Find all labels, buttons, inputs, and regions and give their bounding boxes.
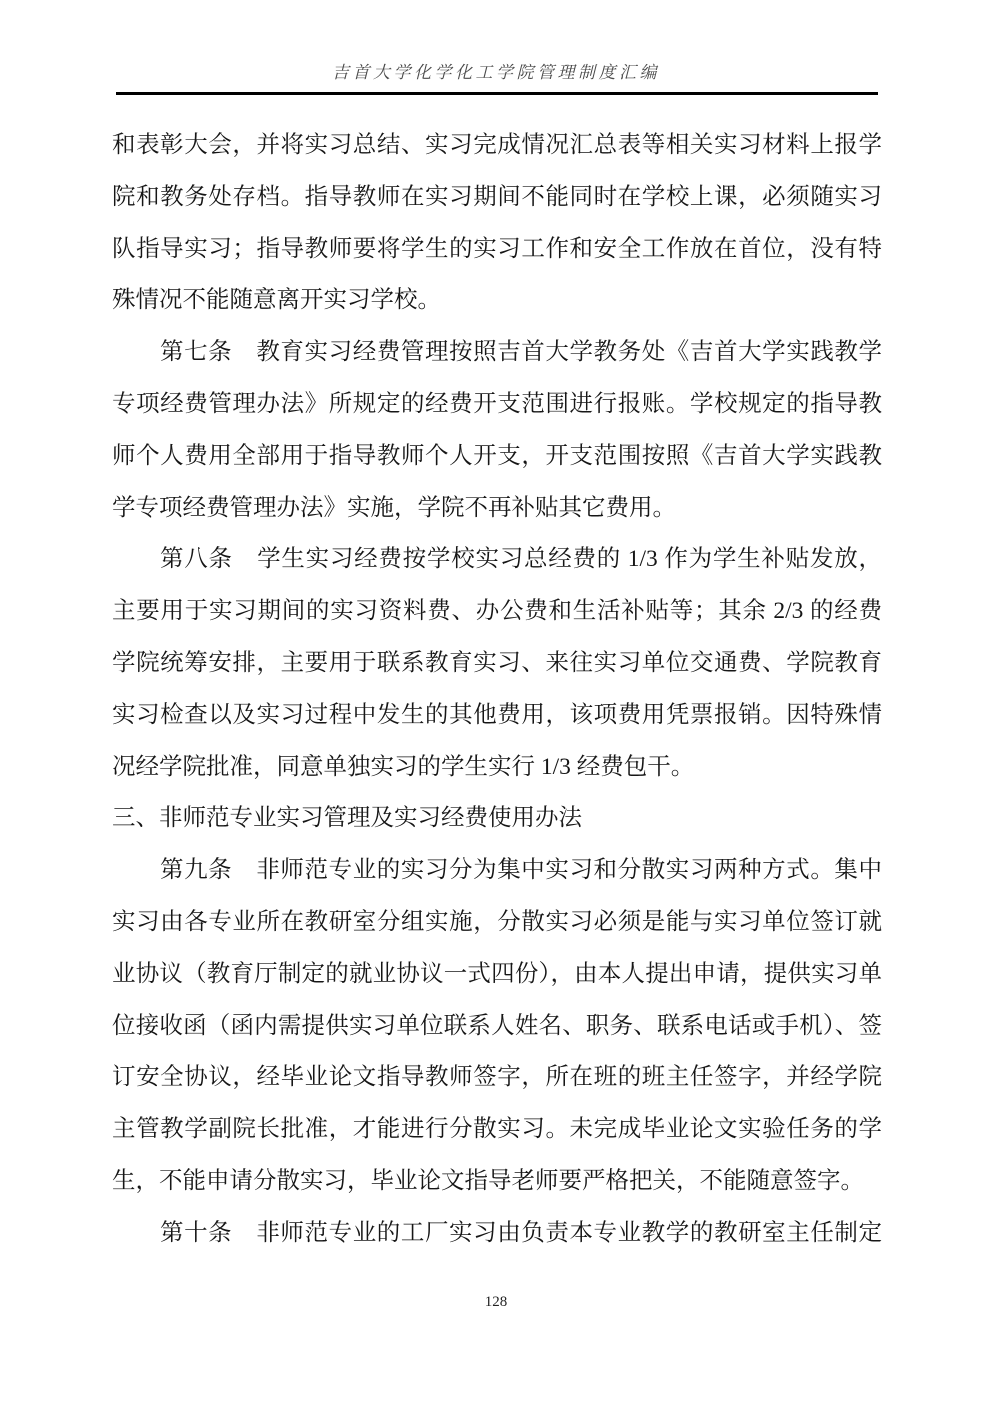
text-line: 第十条 非师范专业的工厂实习由负责本专业教学的教研室主任制定	[112, 1208, 882, 1260]
text-line: 专项经费管理办法》所规定的经费开支范围进行报账。学校规定的指导教	[112, 379, 882, 431]
document-body: 和表彰大会，并将实习总结、实习完成情况汇总表等相关实习材料上报学 院和教务处存档…	[112, 120, 882, 1260]
text-line: 位接收函（函内需提供实习单位联系人姓名、职务、联系电话或手机）、签	[112, 1001, 882, 1053]
text-line: 第八条 学生实习经费按学校实习总经费的 1/3 作为学生补贴发放，	[112, 534, 882, 586]
text-line: 和表彰大会，并将实习总结、实习完成情况汇总表等相关实习材料上报学	[112, 120, 882, 172]
text-line: 第七条 教育实习经费管理按照吉首大学教务处《吉首大学实践教学	[112, 327, 882, 379]
text-line: 实习由各专业所在教研室分组实施，分散实习必须是能与实习单位签订就	[112, 897, 882, 949]
page-number: 128	[0, 1294, 992, 1311]
text-line: 院和教务处存档。指导教师在实习期间不能同时在学校上课，必须随实习	[112, 172, 882, 224]
text-line: 订安全协议，经毕业论文指导教师签字，所在班的班主任签字，并经学院	[112, 1052, 882, 1104]
page-header-title: 吉首大学化学化工学院管理制度汇编	[0, 58, 992, 83]
header-divider	[116, 92, 878, 95]
text-line: 生，不能申请分散实习，毕业论文指导老师要严格把关，不能随意签字。	[112, 1156, 882, 1208]
text-line: 学院统筹安排，主要用于联系教育实习、来往实习单位交通费、学院教育	[112, 638, 882, 690]
document-page: 吉首大学化学化工学院管理制度汇编 和表彰大会，并将实习总结、实习完成情况汇总表等…	[0, 0, 992, 1403]
text-line: 业协议（教育厅制定的就业协议一式四份），由本人提出申请，提供实习单	[112, 949, 882, 1001]
text-line: 学专项经费管理办法》实施，学院不再补贴其它费用。	[112, 483, 882, 535]
text-line: 师个人费用全部用于指导教师个人开支，开支范围按照《吉首大学实践教	[112, 431, 882, 483]
section-heading: 三、非师范专业实习管理及实习经费使用办法	[112, 793, 882, 845]
text-line: 殊情况不能随意离开实习学校。	[112, 275, 882, 327]
text-line: 主管教学副院长批准，才能进行分散实习。未完成毕业论文实验任务的学	[112, 1104, 882, 1156]
text-line: 第九条 非师范专业的实习分为集中实习和分散实习两种方式。集中	[112, 845, 882, 897]
text-line: 主要用于实习期间的实习资料费、办公费和生活补贴等；其余 2/3 的经费由	[112, 586, 882, 638]
text-line: 队指导实习；指导教师要将学生的实习工作和安全工作放在首位，没有特	[112, 224, 882, 276]
text-line: 实习检查以及实习过程中发生的其他费用，该项费用凭票报销。因特殊情	[112, 690, 882, 742]
text-line: 况经学院批准，同意单独实习的学生实行 1/3 经费包干。	[112, 742, 882, 794]
